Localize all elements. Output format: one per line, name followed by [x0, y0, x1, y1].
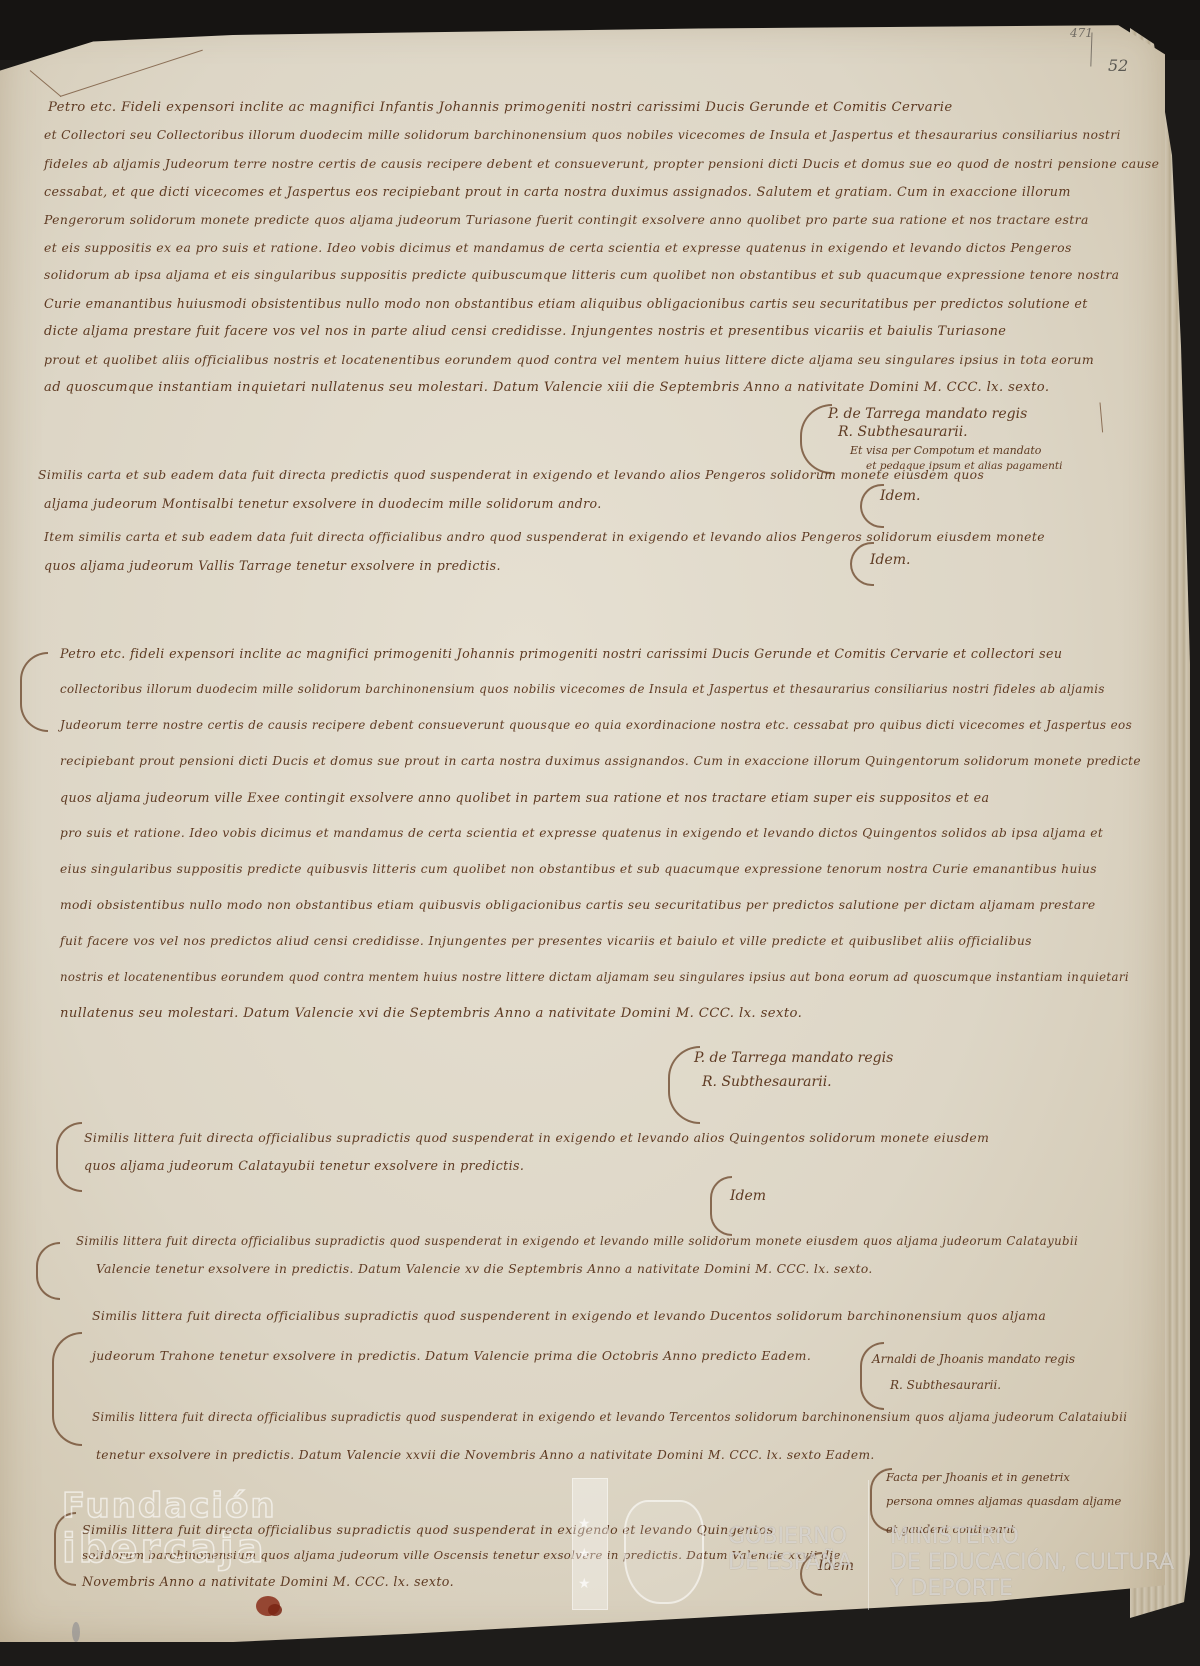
entry-line: Novembris Anno a nativitate Domini M. CC… [82, 1574, 454, 1589]
star-icon: ★ [578, 1576, 591, 1592]
coat-of-arms-icon [624, 1500, 704, 1604]
entry-line: collectoribus illorum duodecim mille sol… [60, 682, 1105, 696]
marginal-note-line: persona omnes aljamas quasdam aljame [886, 1494, 1121, 1508]
watermark-text: Y DEPORTE [890, 1576, 1013, 1601]
entry-line: nostris et locatenentibus eorundem quod … [60, 970, 1129, 984]
watermark-text: DE ESPAÑA [728, 1550, 852, 1575]
entry-line: dicte aljama prestare fuit facere vos ve… [44, 324, 1006, 339]
entry-bracket [52, 1332, 82, 1446]
entry-line: tenetur exsolvere in predictis. Datum Va… [96, 1448, 875, 1462]
marginal-stroke [1100, 402, 1104, 432]
folio-pencil-note: 471 [1070, 26, 1093, 40]
ink-smudge [72, 1622, 80, 1642]
entry-line: modi obsistentibus nullo modo non obstan… [60, 898, 1096, 912]
entry-line: recipiebant prout pensioni dicti Ducis e… [60, 754, 1141, 768]
flourish-top-left [60, 50, 203, 97]
folio-stroke [1090, 32, 1092, 66]
entry-line: Judeorum terre nostre certis de causis r… [60, 718, 1132, 732]
entry-line: Pengerorum solidorum monete predicte quo… [44, 212, 1089, 227]
entry-line: Curie emanantibus huiusmodi obsistentibu… [44, 296, 1088, 311]
star-icon: ★ [578, 1516, 591, 1532]
marginal-note-line: R. Subthesaurarii. [838, 424, 968, 440]
marginal-note-line: R. Subthesaurarii. [702, 1074, 832, 1090]
entry-line: Similis carta et sub eadem data fuit dir… [38, 468, 984, 482]
marginal-sign: Idem. [870, 552, 911, 568]
entry-bracket [20, 652, 48, 732]
entry-line: Similis littera fuit directa officialibu… [92, 1410, 1127, 1424]
flourish-top-left [30, 70, 61, 96]
marginal-note-line: P. de Tarrega mandato regis [828, 406, 1027, 422]
entry-line: quos aljama judeorum Vallis Tarrage tene… [44, 558, 501, 573]
entry-line: et eis suppositis ex ea pro suis et rati… [44, 240, 1072, 255]
entry-line: Petro etc. fideli expensori inclite ac m… [60, 646, 1062, 661]
entry-line: Similis littera fuit directa officialibu… [76, 1234, 1078, 1248]
marginal-sign: Idem. [880, 488, 921, 504]
entry-line: quos aljama judeorum Calatayubii tenetur… [84, 1158, 524, 1173]
entry-line: Item similis carta et sub eadem data fui… [44, 530, 1045, 544]
entry-line: pro suis et ratione. Ideo vobis dicimus … [60, 826, 1103, 840]
entry-line: Petro etc. Fideli expensori inclite ac m… [48, 100, 953, 115]
entry-line: cessabat, et que dicti vicecomes et Jasp… [44, 184, 1071, 199]
entry-bracket [56, 1122, 82, 1192]
marginal-sign: Idem [730, 1188, 766, 1204]
entry-line: Similis littera fuit directa officialibu… [84, 1130, 989, 1145]
marginal-note-line: P. de Tarrega mandato regis [694, 1050, 893, 1066]
entry-line: nullatenus seu molestari. Datum Valencie… [60, 1006, 802, 1021]
entry-line: solidorum ab ipsa aljama et eis singular… [44, 268, 1119, 282]
entry-line: Valencie tenetur exsolvere in predictis.… [96, 1262, 873, 1276]
watermark-text: MINISTERIO [890, 1524, 1019, 1549]
watermark-text: GOBIERNO [728, 1524, 847, 1549]
star-icon: ★ [578, 1546, 591, 1562]
folio-number: 52 [1108, 56, 1128, 75]
watermark-text: Fundación [62, 1486, 277, 1526]
entry-bracket [36, 1242, 60, 1300]
marginal-note-line: Facta per Jhoanis et in genetrix [886, 1470, 1070, 1484]
marginal-note-line: Et visa per Compotum et mandato [850, 444, 1041, 457]
watermark-divider [868, 1480, 869, 1610]
watermark-text: DE EDUCACIÓN, CULTURA [890, 1550, 1174, 1575]
entry-line: et Collectori seu Collectoribus illorum … [44, 128, 1121, 142]
entry-line: aljama judeorum Montisalbi tenetur exsol… [44, 496, 602, 511]
marginal-note-line: R. Subthesaurarii. [890, 1378, 1001, 1392]
watermark-text: ibercaja [62, 1526, 267, 1572]
entry-line: ad quoscumque instantiam inquietari null… [44, 380, 1049, 395]
entry-line: judeorum Trahone tenetur exsolvere in pr… [92, 1348, 811, 1363]
entry-line: eius singularibus suppositis predicte qu… [60, 862, 1097, 876]
entry-line: Similis littera fuit directa officialibu… [92, 1308, 1046, 1323]
marginal-bracket [710, 1176, 732, 1236]
marginal-note-line: Arnaldi de Jhoanis mandato regis [872, 1352, 1075, 1366]
entry-line: fideles ab aljamis Judeorum terre nostre… [44, 156, 1159, 171]
wax-stain [268, 1604, 282, 1616]
entry-line: prout et quolibet aliis officialibus nos… [44, 352, 1094, 367]
entry-line: quos aljama judeorum ville Exee contingi… [60, 790, 989, 805]
manuscript-page: 471 52 Petro etc. Fideli expensori incli… [0, 22, 1165, 1642]
entry-line: fuit facere vos vel nos predictos aliud … [60, 934, 1032, 948]
